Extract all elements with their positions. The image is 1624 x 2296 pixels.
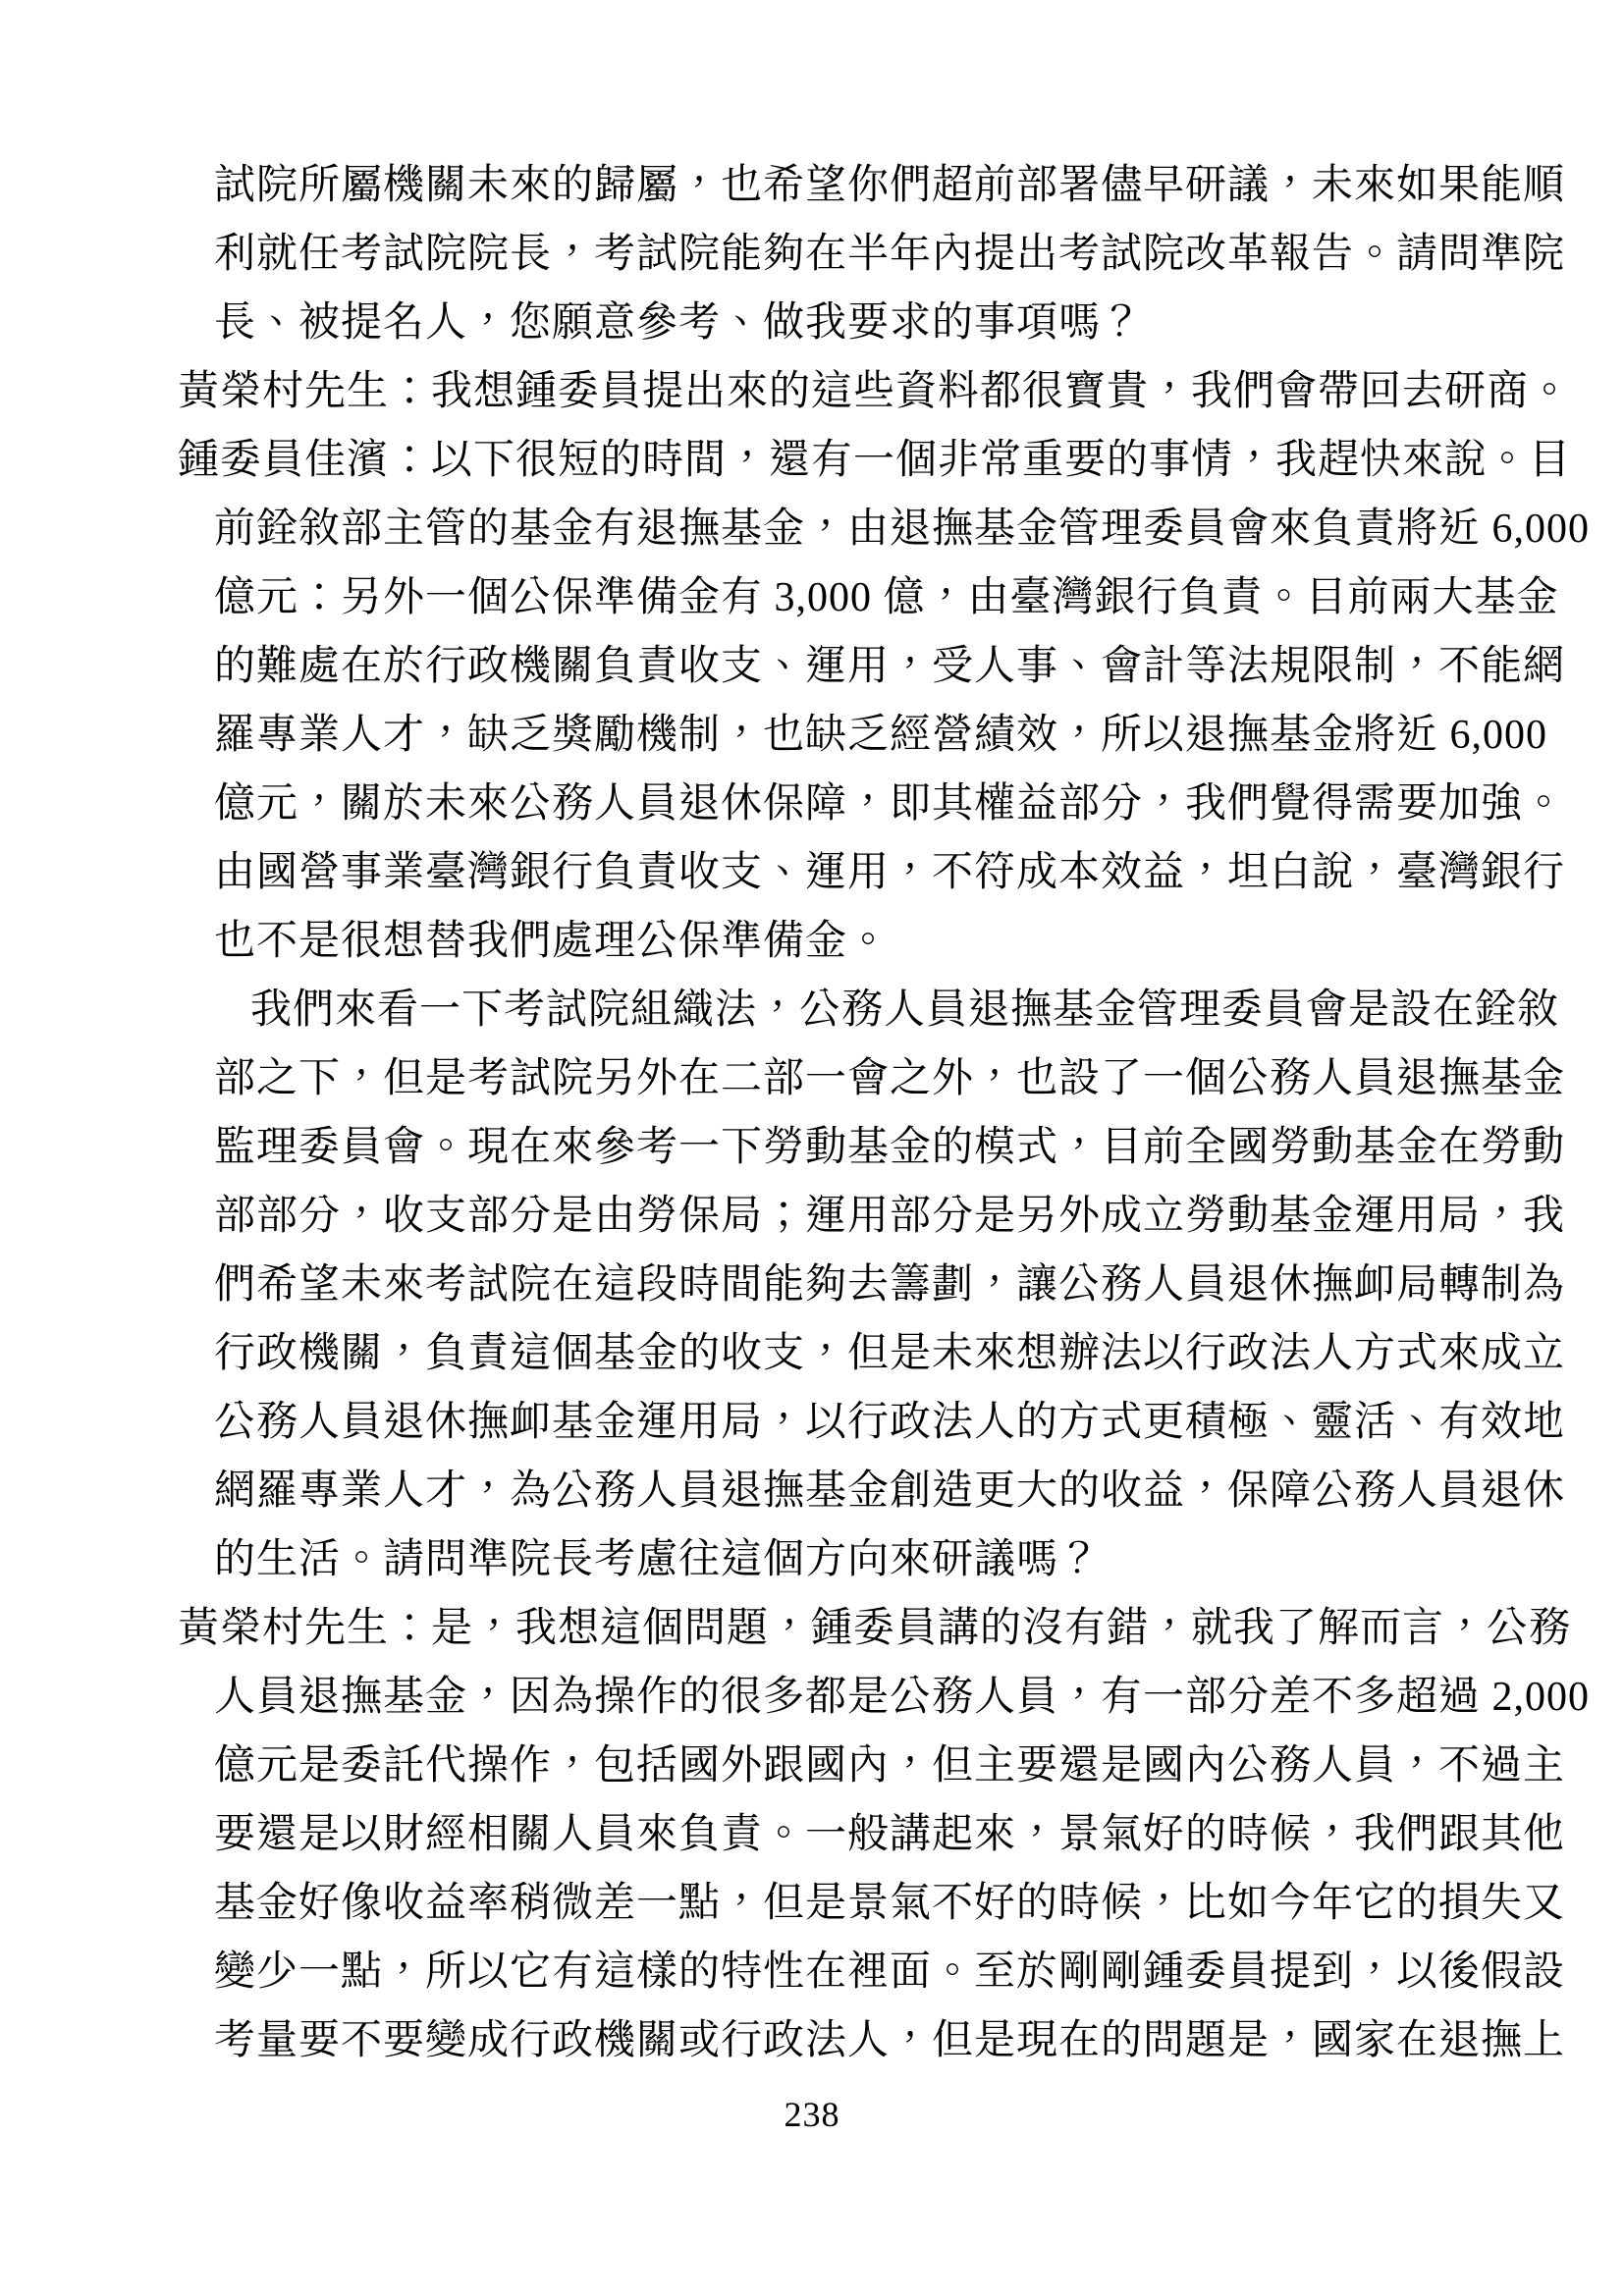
page-footer: 238 xyxy=(0,2095,1624,2134)
transcript-line: 考量要不要變成行政機關或行政法人，但是現在的問題是，國家在退撫上 xyxy=(214,2006,1485,2075)
paragraph: 鍾委員佳濱：以下很短的時間，還有一個非常重要的事情，我趕快來說。目前銓敘部主管的… xyxy=(178,426,1485,976)
transcript-line: 部部分，收支部分是由勞保局；運用部分是另外成立勞動基金運用局，我 xyxy=(214,1182,1485,1251)
transcript-line: 基金好像收益率稍微差一點，但是景氣不好的時候，比如今年它的損失又 xyxy=(214,1869,1485,1938)
paragraph: 黃榮村先生：是，我想這個問題，鍾委員講的沒有錯，就我了解而言，公務人員退撫基金，… xyxy=(178,1594,1485,2075)
transcript-line: 黃榮村先生：是，我想這個問題，鍾委員講的沒有錯，就我了解而言，公務 xyxy=(178,1594,1485,1663)
transcript-line: 也不是很想替我們處理公保準備金。 xyxy=(214,907,1485,976)
transcript-line: 試院所屬機關未來的歸屬，也希望你們超前部署儘早研議，未來如果能順 xyxy=(214,151,1485,220)
document-page: 試院所屬機關未來的歸屬，也希望你們超前部署儘早研議，未來如果能順利就任考試院院長… xyxy=(0,0,1624,2296)
transcript-line: 億元，關於未來公務人員退休保障，即其權益部分，我們覺得需要加強。 xyxy=(214,770,1485,838)
transcript-line: 利就任考試院院長，考試院能夠在半年內提出考試院改革報告。請問準院 xyxy=(214,220,1485,289)
transcript-line: 前銓敘部主管的基金有退撫基金，由退撫基金管理委員會來負責將近 6,000 xyxy=(214,495,1485,563)
transcript-body: 試院所屬機關未來的歸屬，也希望你們超前部署儘早研議，未來如果能順利就任考試院院長… xyxy=(178,151,1485,2075)
transcript-line: 們希望未來考試院在這段時間能夠去籌劃，讓公務人員退休撫卹局轉制為 xyxy=(214,1251,1485,1319)
page-number: 238 xyxy=(785,2095,840,2134)
transcript-line: 黃榮村先生：我想鍾委員提出來的這些資料都很寶貴，我們會帶回去研商。 xyxy=(178,357,1485,426)
transcript-line: 億元：另外一個公保準備金有 3,000 億，由臺灣銀行負責。目前兩大基金 xyxy=(214,563,1485,632)
paragraph: 試院所屬機關未來的歸屬，也希望你們超前部署儘早研議，未來如果能順利就任考試院院長… xyxy=(178,151,1485,357)
paragraph: 我們來看一下考試院組織法，公務人員退撫基金管理委員會是設在銓敘部之下，但是考試院… xyxy=(178,976,1485,1594)
transcript-line: 我們來看一下考試院組織法，公務人員退撫基金管理委員會是設在銓敘 xyxy=(250,976,1485,1044)
transcript-line: 網羅專業人才，為公務人員退撫基金創造更大的收益，保障公務人員退休 xyxy=(214,1457,1485,1525)
transcript-line: 鍾委員佳濱：以下很短的時間，還有一個非常重要的事情，我趕快來說。目 xyxy=(178,426,1485,495)
transcript-line: 由國營事業臺灣銀行負責收支、運用，不符成本效益，坦白說，臺灣銀行 xyxy=(214,838,1485,907)
transcript-line: 的難處在於行政機關負責收支、運用，受人事、會計等法規限制，不能網 xyxy=(214,632,1485,701)
transcript-line: 要還是以財經相關人員來負責。一般講起來，景氣好的時候，我們跟其他 xyxy=(214,1800,1485,1869)
transcript-line: 部之下，但是考試院另外在二部一會之外，也設了一個公務人員退撫基金 xyxy=(214,1044,1485,1113)
transcript-line: 長、被提名人，您願意參考、做我要求的事項嗎？ xyxy=(214,289,1485,357)
transcript-line: 億元是委託代操作，包括國外跟國內，但主要還是國內公務人員，不過主 xyxy=(214,1732,1485,1800)
transcript-line: 監理委員會。現在來參考一下勞動基金的模式，目前全國勞動基金在勞動 xyxy=(214,1113,1485,1182)
transcript-line: 公務人員退休撫卹基金運用局，以行政法人的方式更積極、靈活、有效地 xyxy=(214,1388,1485,1457)
transcript-line: 變少一點，所以它有這樣的特性在裡面。至於剛剛鍾委員提到，以後假設 xyxy=(214,1938,1485,2006)
transcript-line: 羅專業人才，缺乏獎勵機制，也缺乏經營績效，所以退撫基金將近 6,000 xyxy=(214,701,1485,770)
transcript-line: 人員退撫基金，因為操作的很多都是公務人員，有一部分差不多超過 2,000 xyxy=(214,1663,1485,1732)
transcript-line: 的生活。請問準院長考慮往這個方向來研議嗎？ xyxy=(214,1525,1485,1594)
paragraph: 黃榮村先生：我想鍾委員提出來的這些資料都很寶貴，我們會帶回去研商。 xyxy=(178,357,1485,426)
transcript-line: 行政機關，負責這個基金的收支，但是未來想辦法以行政法人方式來成立 xyxy=(214,1319,1485,1388)
